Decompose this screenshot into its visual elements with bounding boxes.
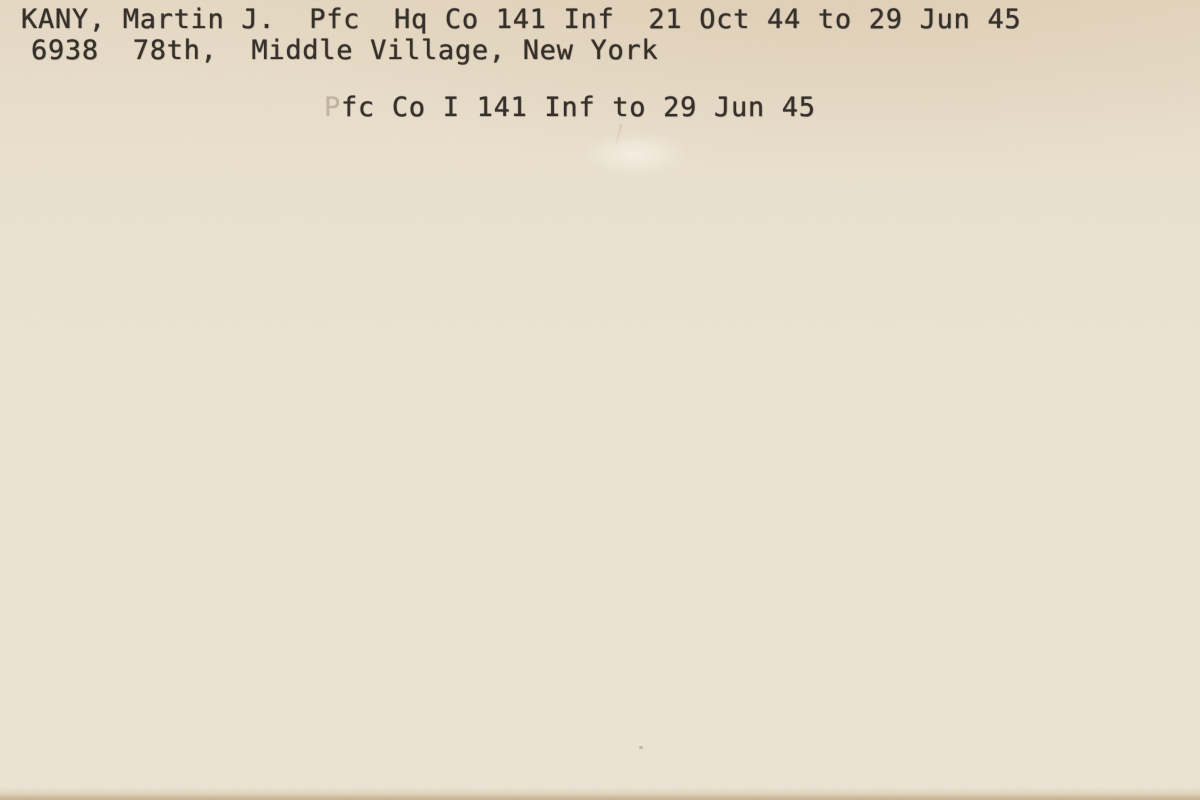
paper-crease	[565, 118, 705, 198]
card-bottom-edge	[0, 790, 1200, 800]
typed-line-address: 6938 78th, Middle Village, New York	[31, 35, 658, 66]
paper-speck	[639, 746, 643, 749]
faint-overstruck-letter: P	[324, 92, 341, 123]
typed-line-transfer-text: fc Co I 141 Inf to 29 Jun 45	[341, 92, 816, 123]
index-card: KANY, Martin J. Pfc Hq Co 141 Inf 21 Oct…	[0, 0, 1200, 800]
typed-line-transfer: Pfc Co I 141 Inf to 29 Jun 45	[324, 92, 816, 123]
typed-line-service-record: KANY, Martin J. Pfc Hq Co 141 Inf 21 Oct…	[21, 4, 1021, 35]
